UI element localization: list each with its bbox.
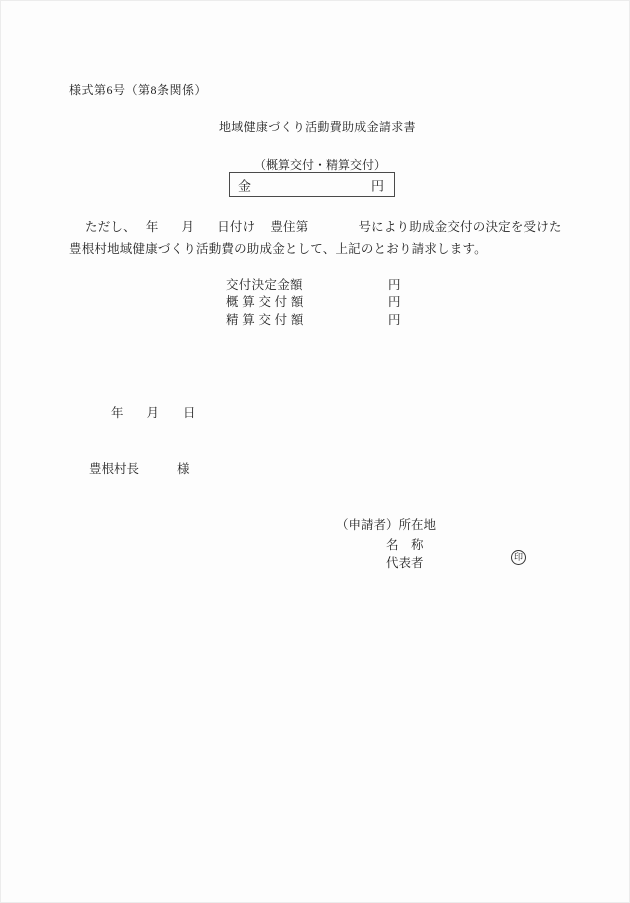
body-paragraph-line2: 豊根村地域健康づくり活動費の助成金として、上記のとおり請求します。 [69,239,487,257]
date-month-label: 月 [182,220,195,234]
amount-row-unit: 円 [388,310,401,328]
date-month-label: 月 [147,406,160,420]
body-paragraph-line1: ただし、年月日付け豊住第号により助成金交付の決定を受けた [85,217,562,235]
document-title: 地域健康づくり活動費助成金請求書 [219,118,416,135]
form-number: 様式第6号（第8条関係） [69,81,207,98]
date-day-label: 日 [183,406,196,420]
seal-mark-icon: 印 [511,550,526,565]
payment-type-subtitle: （概算交付・精算交付） [254,156,386,173]
amount-row-label: 概 算 交 付 額 [226,295,304,309]
applicant-representative-label: 代表者 [386,553,424,571]
addressee-honorific: 様 [177,462,190,476]
total-amount-box: 金 円 [229,172,395,197]
amount-blank-field [256,173,364,196]
applicant-name-label: 名 称 [386,535,424,553]
addressee-title: 豊根村長 [89,462,139,476]
paragraph-tail: 号により助成金交付の決定を受けた [358,220,561,234]
signature-date-line: 年月日 [111,403,196,421]
addressee-line: 豊根村長様 [89,459,190,477]
amount-row-provisional: 概 算 交 付 額 円 [226,292,416,310]
date-year-label: 年 [146,220,159,234]
amount-currency-unit: 円 [371,175,384,194]
amount-row-unit: 円 [388,275,401,293]
document-number-prefix: 豊住第 [270,220,308,234]
date-year-label: 年 [111,406,124,420]
amount-row-settlement: 精 算 交 付 額 円 [226,310,416,328]
document-page: 様式第6号（第8条関係） 地域健康づくり活動費助成金請求書 （概算交付・精算交付… [0,0,630,903]
date-day-label: 日付け [217,220,255,234]
amount-row-unit: 円 [388,292,401,310]
applicant-address-label: （申請者）所在地 [336,515,436,533]
amount-row-label: 精 算 交 付 額 [226,313,304,327]
amount-row-decided: 交付決定金額 円 [226,275,416,293]
amount-row-label: 交付決定金額 [226,278,303,292]
paragraph-lead: ただし、 [85,220,136,234]
amount-currency-prefix: 金 [238,175,251,194]
